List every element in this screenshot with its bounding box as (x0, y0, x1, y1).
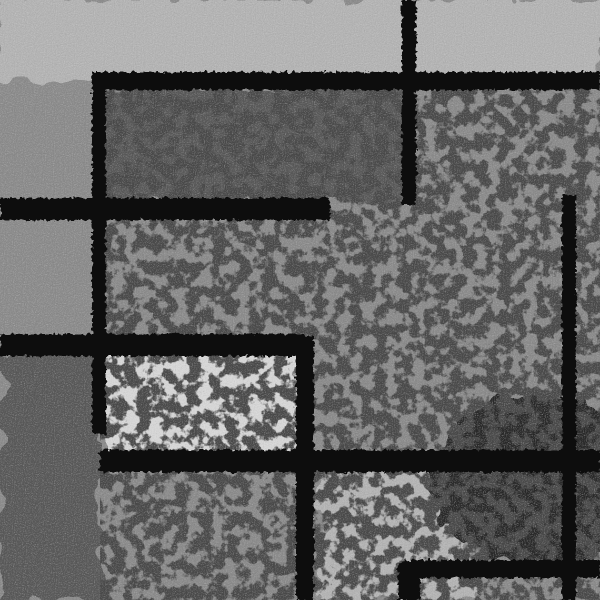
line-center-vertical (296, 336, 314, 600)
patch-top-band (0, 0, 600, 80)
line-top-horizontal (92, 72, 600, 90)
line-top-vertical (402, 0, 416, 205)
patch-left-middle (0, 210, 100, 340)
line-left-vertical (92, 74, 106, 434)
line-upper-horizontal (0, 198, 330, 220)
rug-pattern (0, 0, 600, 600)
line-right-vertical (562, 195, 576, 600)
rug-texture-image: Close-up of a shaggy area rug with an ab… (0, 0, 600, 600)
line-lower-horizontal (100, 450, 600, 472)
patch-lower-left (0, 350, 100, 600)
line-middle-horizontal (0, 334, 305, 356)
